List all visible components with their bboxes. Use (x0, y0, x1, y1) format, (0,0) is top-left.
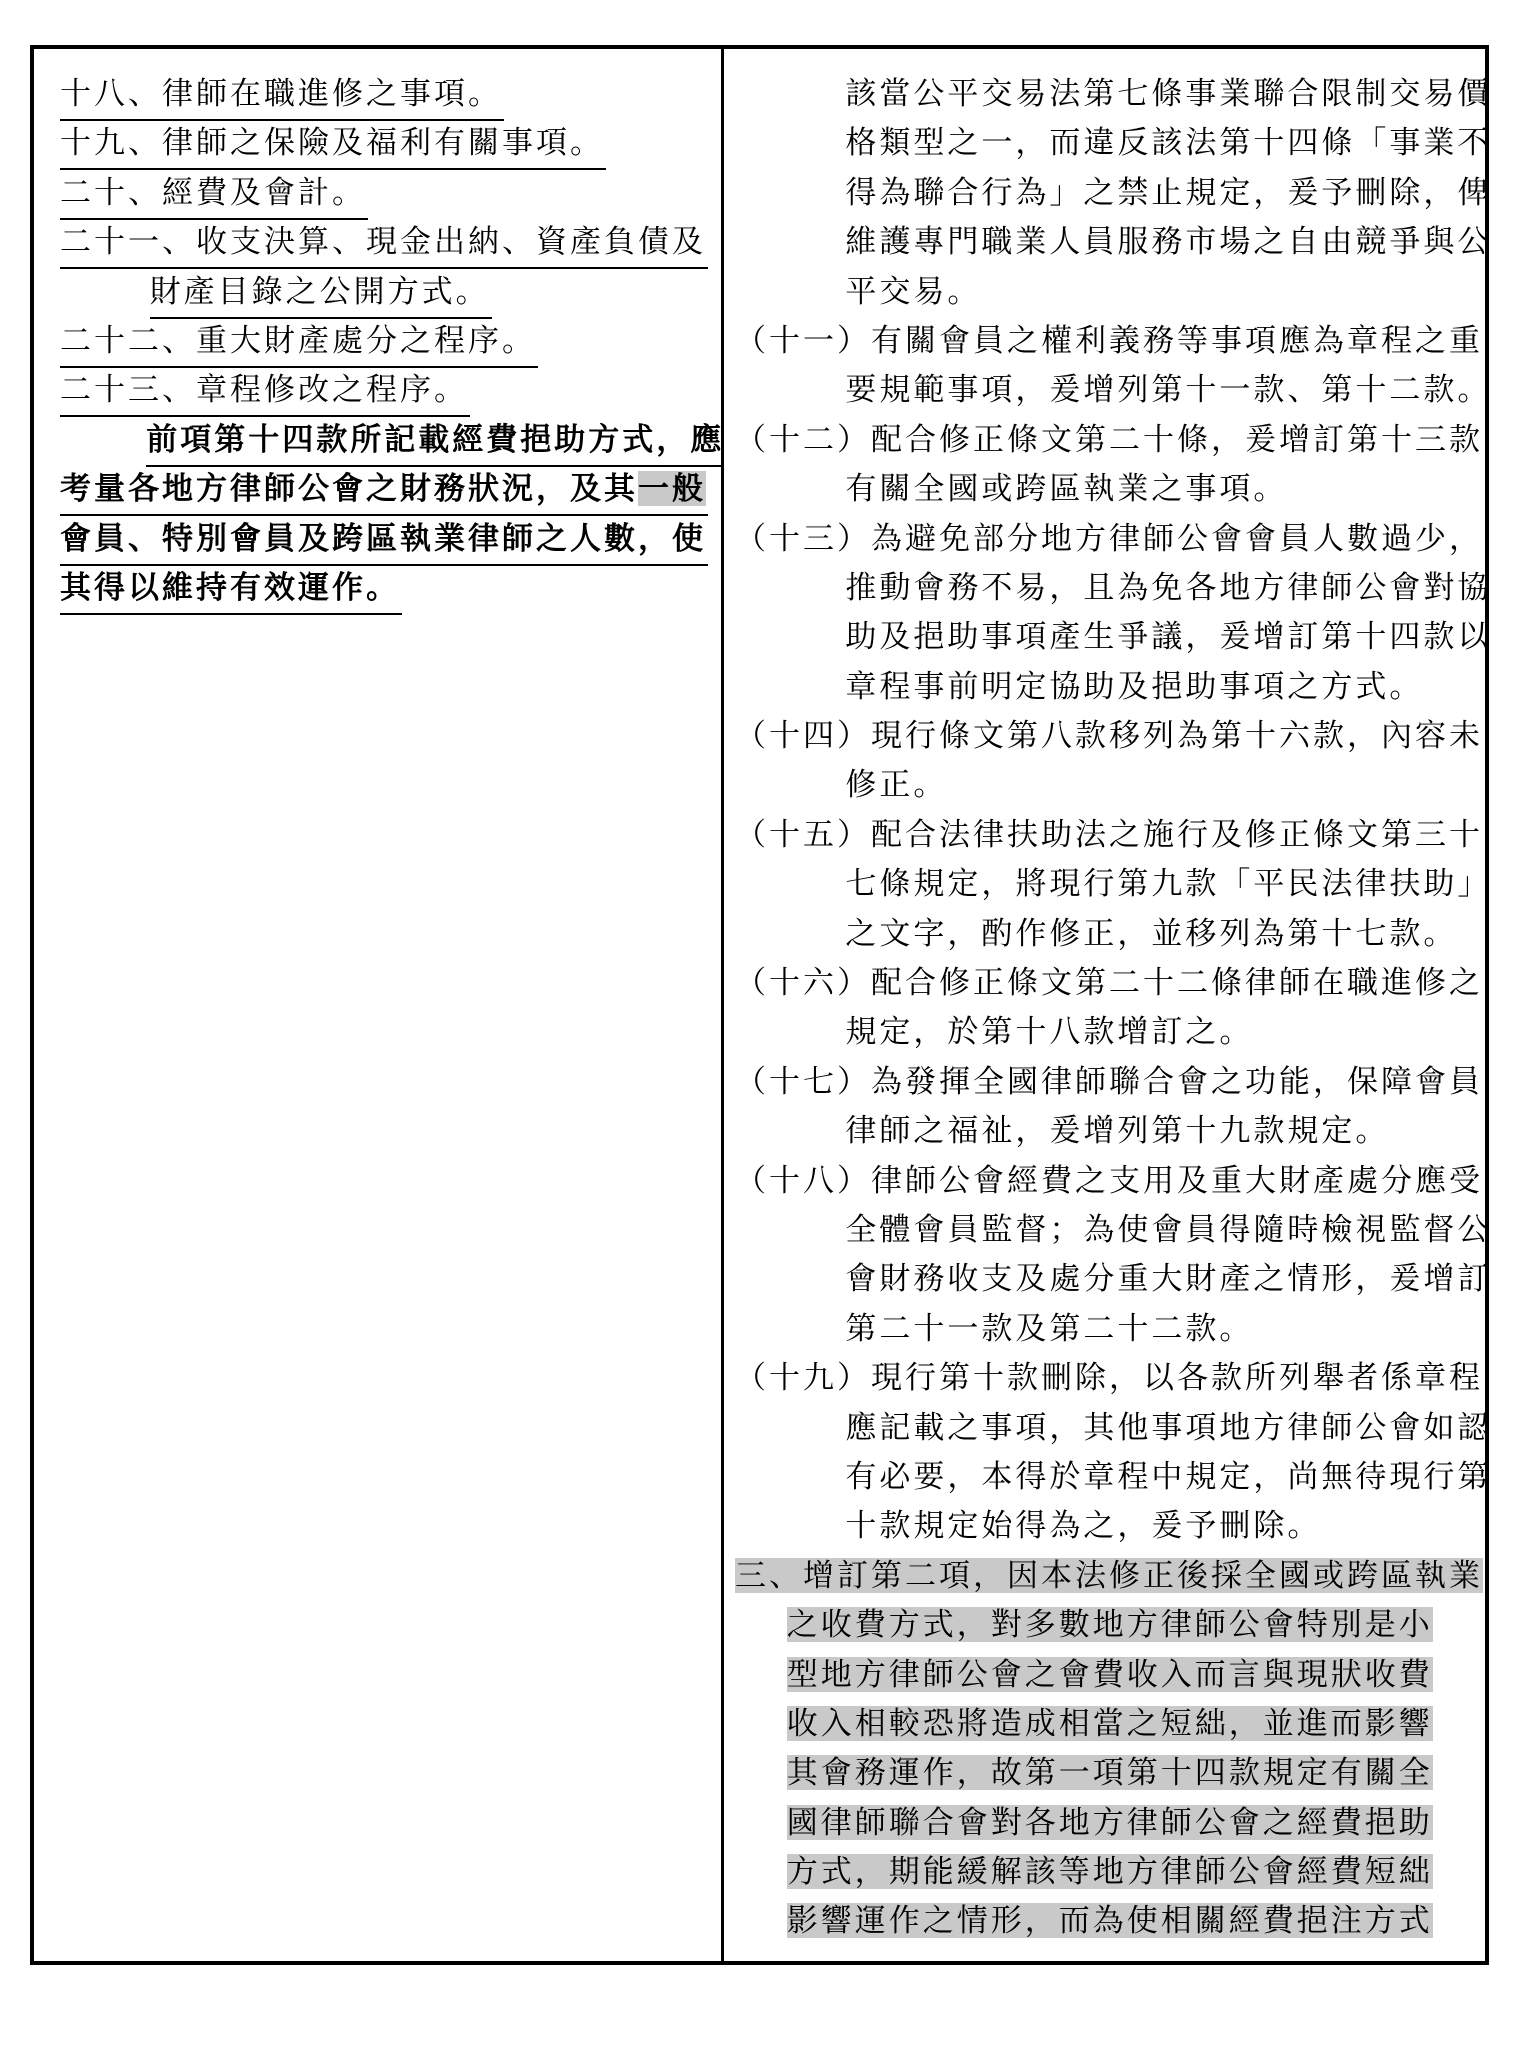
text-line: 十款規定始得為之，爰予刪除。 (845, 1505, 1485, 1554)
plain-text: （十八）律師公會經費之支用及重大財產處分應受 (735, 1163, 1483, 1198)
text-run: 之文字，酌作修正，並移列為第十七款。 (845, 913, 1459, 959)
text-line: 二十一、收支決算、現金出納、資產負債及 (60, 221, 721, 270)
text-line: 收入相較恐將造成相當之短絀，並進而影響 (787, 1703, 1485, 1752)
text-run: 修正。 (845, 764, 949, 810)
text-line: 律師之福祉，爰增列第十九款規定。 (845, 1110, 1485, 1159)
text-line: 前項第十四款所記載經費挹助方式，應 (146, 419, 721, 468)
highlighted-text: 影響運作之情形，而為使相關經費挹注方式 (787, 1903, 1433, 1938)
plain-text: 推動會務不易，且為免各地方律師公會對協 (845, 570, 1485, 605)
plain-text: 得為聯合行為」之禁止規定，爰予刪除，俾 (845, 175, 1485, 210)
text-line: （十三）為避免部分地方律師公會會員人數過少， (735, 518, 1485, 567)
text-line: 三、增訂第二項，因本法修正後採全國或跨區執業 (735, 1555, 1485, 1604)
text-line: 推動會務不易，且為免各地方律師公會對協 (845, 567, 1485, 616)
text-line: 考量各地方律師公會之財務狀況，及其一般 (60, 468, 721, 517)
text-run: 考量各地方律師公會之財務狀況，及其一般 (60, 468, 708, 516)
plain-text: 有必要，本得於章程中規定，尚無待現行第 (845, 1459, 1485, 1494)
text-line: 二十、經費及會計。 (60, 172, 721, 221)
text-run: 助及挹助事項產生爭議，爰增訂第十四款以 (845, 616, 1485, 662)
text-line: 會員、特別會員及跨區執業律師之人數，使 (60, 518, 721, 567)
text-line: 章程事前明定協助及挹助事項之方式。 (845, 666, 1485, 715)
text-run: 影響運作之情形，而為使相關經費挹注方式 (787, 1900, 1435, 1946)
text-line: 修正。 (845, 764, 1485, 813)
text-run: 十九、律師之保險及福利有關事項。 (60, 122, 606, 170)
text-run: 二十、經費及會計。 (60, 172, 368, 220)
plain-text: 二十、經費及會計。 (60, 175, 366, 210)
text-run: （十九）現行第十款刪除，以各款所列舉者係章程 (735, 1357, 1485, 1403)
plain-text: 十款規定始得為之，爰予刪除。 (845, 1508, 1321, 1543)
text-line: （十八）律師公會經費之支用及重大財產處分應受 (735, 1160, 1485, 1209)
text-line: 其會務運作，故第一項第十四款規定有關全 (787, 1752, 1485, 1801)
plain-text: 會員、特別會員及跨區執業律師之人數，使 (60, 521, 706, 556)
highlighted-text: 其會務運作，故第一項第十四款規定有關全 (787, 1755, 1433, 1790)
plain-text: （十三）為避免部分地方律師公會會員人數過少， (735, 521, 1483, 556)
plain-text: 十八、律師在職進修之事項。 (60, 76, 502, 111)
text-line: 二十三、章程修改之程序。 (60, 369, 721, 418)
text-run: 格類型之一，而違反該法第十四條「事業不 (845, 122, 1485, 168)
text-line: 財產目錄之公開方式。 (150, 271, 721, 320)
text-run: 應記載之事項，其他事項地方律師公會如認 (845, 1407, 1485, 1453)
text-line: 影響運作之情形，而為使相關經費挹注方式 (787, 1900, 1485, 1949)
plain-text: （十四）現行條文第八款移列為第十六款，內容未 (735, 718, 1483, 753)
plain-text: 全體會員監督；為使會員得隨時檢視監督公 (845, 1212, 1485, 1247)
text-run: 方式，期能緩解該等地方律師公會經費短絀 (787, 1851, 1435, 1897)
text-run: 七條規定，將現行第九款「平民法律扶助」 (845, 863, 1485, 909)
plain-text: 會財務收支及處分重大財產之情形，爰增訂 (845, 1261, 1485, 1296)
text-line: 第二十一款及第二十二款。 (845, 1308, 1485, 1357)
text-line: 其得以維持有效運作。 (60, 567, 721, 616)
text-run: 二十一、收支決算、現金出納、資產負債及 (60, 221, 708, 269)
text-line: 全體會員監督；為使會員得隨時檢視監督公 (845, 1209, 1485, 1258)
text-line: 七條規定，將現行第九款「平民法律扶助」 (845, 863, 1485, 912)
text-line: 國律師聯合會對各地方律師公會之經費挹助 (787, 1802, 1485, 1851)
text-line: 十八、律師在職進修之事項。 (60, 73, 721, 122)
text-run: 會員、特別會員及跨區執業律師之人數，使 (60, 518, 708, 566)
plain-text: 二十三、章程修改之程序。 (60, 372, 468, 407)
text-line: 應記載之事項，其他事項地方律師公會如認 (845, 1407, 1485, 1456)
text-line: （十六）配合修正條文第二十二條律師在職進修之 (735, 962, 1485, 1011)
text-line: 有必要，本得於章程中規定，尚無待現行第 (845, 1456, 1485, 1505)
text-line: （十七）為發揮全國律師聯合會之功能，保障會員 (735, 1061, 1485, 1110)
plain-text: 二十一、收支決算、現金出納、資產負債及 (60, 224, 706, 259)
highlighted-text: 方式，期能緩解該等地方律師公會經費短絀 (787, 1854, 1433, 1889)
text-line: （十五）配合法律扶助法之施行及修正條文第三十 (735, 814, 1485, 863)
plain-text: 助及挹助事項產生爭議，爰增訂第十四款以 (845, 619, 1485, 654)
text-run: 國律師聯合會對各地方律師公會之經費挹助 (787, 1802, 1435, 1848)
plain-text: 第二十一款及第二十二款。 (845, 1311, 1253, 1346)
text-run: 規定，於第十八款增訂之。 (845, 1011, 1255, 1057)
text-line: （十四）現行條文第八款移列為第十六款，內容未 (735, 715, 1485, 764)
text-run: （十七）為發揮全國律師聯合會之功能，保障會員 (735, 1061, 1485, 1107)
text-run: 十款規定始得為之，爰予刪除。 (845, 1505, 1323, 1551)
text-run: 章程事前明定協助及挹助事項之方式。 (845, 666, 1425, 712)
plain-text: （十五）配合法律扶助法之施行及修正條文第三十 (735, 817, 1483, 852)
text-run: 第二十一款及第二十二款。 (845, 1308, 1255, 1354)
text-run: 要規範事項，爰增列第十一款、第十二款。 (845, 369, 1485, 415)
plain-text: 之文字，酌作修正，並移列為第十七款。 (845, 916, 1457, 951)
plain-text: 應記載之事項，其他事項地方律師公會如認 (845, 1410, 1485, 1445)
plain-text: 其得以維持有效運作。 (60, 570, 400, 605)
plain-text: 律師之福祉，爰增列第十九款規定。 (845, 1113, 1389, 1148)
text-line: 之收費方式，對多數地方律師公會特別是小 (787, 1604, 1485, 1653)
plain-text: 格類型之一，而違反該法第十四條「事業不 (845, 125, 1485, 160)
plain-text: 二十二、重大財產處分之程序。 (60, 323, 536, 358)
text-run: 之收費方式，對多數地方律師公會特別是小 (787, 1604, 1435, 1650)
text-line: 有關全國或跨區執業之事項。 (845, 468, 1485, 517)
text-line: （十九）現行第十款刪除，以各款所列舉者係章程 (735, 1357, 1485, 1406)
text-run: 平交易。 (845, 271, 983, 317)
text-run: 三、增訂第二項，因本法修正後採全國或跨區執業 (735, 1555, 1485, 1601)
text-run: （十六）配合修正條文第二十二條律師在職進修之 (735, 962, 1485, 1008)
text-line: 平交易。 (845, 271, 1485, 320)
text-line: （十一）有關會員之權利義務等事項應為章程之重 (735, 320, 1485, 369)
text-run: 收入相較恐將造成相當之短絀，並進而影響 (787, 1703, 1435, 1749)
text-line: 方式，期能緩解該等地方律師公會經費短絀 (787, 1851, 1485, 1900)
plain-text: （十六）配合修正條文第二十二條律師在職進修之 (735, 965, 1483, 1000)
text-line: 型地方律師公會之會費收入而言與現狀收費 (787, 1654, 1485, 1703)
text-run: 十八、律師在職進修之事項。 (60, 73, 504, 121)
plain-text: 前項第十四款所記載經費挹助方式，應 (146, 422, 724, 457)
text-line: 要規範事項，爰增列第十一款、第十二款。 (845, 369, 1485, 418)
highlighted-text: 之收費方式，對多數地方律師公會特別是小 (787, 1607, 1433, 1642)
text-line: 會財務收支及處分重大財產之情形，爰增訂 (845, 1258, 1485, 1307)
plain-text: 平交易。 (845, 274, 981, 309)
text-run: （十二）配合修正條文第二十條，爰增訂第十三款 (735, 419, 1485, 465)
text-line: 助及挹助事項產生爭議，爰增訂第十四款以 (845, 616, 1485, 665)
text-run: （十四）現行條文第八款移列為第十六款，內容未 (735, 715, 1485, 761)
text-run: （十五）配合法律扶助法之施行及修正條文第三十 (735, 814, 1485, 860)
left-column-provision-text: 十八、律師在職進修之事項。十九、律師之保險及福利有關事項。二十、經費及會計。二十… (34, 49, 724, 1961)
plain-text: 考量各地方律師公會之財務狀況，及其 (60, 471, 638, 506)
plain-text: （十九）現行第十款刪除，以各款所列舉者係章程 (735, 1360, 1483, 1395)
highlighted-text: 三、增訂第二項，因本法修正後採全國或跨區執業 (735, 1558, 1483, 1593)
text-run: （十三）為避免部分地方律師公會會員人數過少， (735, 518, 1485, 564)
highlighted-text: 型地方律師公會之會費收入而言與現狀收費 (787, 1657, 1433, 1692)
text-run: 二十二、重大財產處分之程序。 (60, 320, 538, 368)
text-run: 其得以維持有效運作。 (60, 567, 402, 615)
text-line: 規定，於第十八款增訂之。 (845, 1011, 1485, 1060)
text-run: 維護專門職業人員服務市場之自由競爭與公 (845, 221, 1485, 267)
plain-text: 有關全國或跨區執業之事項。 (845, 471, 1287, 506)
text-run: 其會務運作，故第一項第十四款規定有關全 (787, 1752, 1435, 1798)
plain-text: 十九、律師之保險及福利有關事項。 (60, 125, 604, 160)
text-line: 格類型之一，而違反該法第十四條「事業不 (845, 122, 1485, 171)
text-line: 之文字，酌作修正，並移列為第十七款。 (845, 913, 1485, 962)
plain-text: （十二）配合修正條文第二十條，爰增訂第十三款 (735, 422, 1483, 457)
text-run: 會財務收支及處分重大財產之情形，爰增訂 (845, 1258, 1485, 1304)
text-line: （十二）配合修正條文第二十條，爰增訂第十三款 (735, 419, 1485, 468)
text-run: 全體會員監督；為使會員得隨時檢視監督公 (845, 1209, 1485, 1255)
right-column-explanation-text: 該當公平交易法第七條事業聯合限制交易價格類型之一，而違反該法第十四條「事業不得為… (724, 49, 1485, 1961)
plain-text: 章程事前明定協助及挹助事項之方式。 (845, 669, 1423, 704)
document-page: 十八、律師在職進修之事項。十九、律師之保險及福利有關事項。二十、經費及會計。二十… (0, 0, 1519, 2053)
plain-text: 修正。 (845, 767, 947, 802)
highlighted-text: 收入相較恐將造成相當之短絀，並進而影響 (787, 1706, 1433, 1741)
plain-text: 維護專門職業人員服務市場之自由競爭與公 (845, 224, 1485, 259)
plain-text: （十一）有關會員之權利義務等事項應為章程之重 (735, 323, 1483, 358)
comparison-table: 十八、律師在職進修之事項。十九、律師之保險及福利有關事項。二十、經費及會計。二十… (30, 45, 1489, 1965)
highlighted-text: 一般 (638, 471, 706, 506)
text-run: 財產目錄之公開方式。 (150, 271, 492, 319)
plain-text: 該當公平交易法第七條事業聯合限制交易價 (845, 76, 1485, 111)
text-run: 推動會務不易，且為免各地方律師公會對協 (845, 567, 1485, 613)
plain-text: 要規範事項，爰增列第十一款、第十二款。 (845, 372, 1485, 407)
text-run: 得為聯合行為」之禁止規定，爰予刪除，俾 (845, 172, 1485, 218)
text-line: 十九、律師之保險及福利有關事項。 (60, 122, 721, 171)
text-run: 二十三、章程修改之程序。 (60, 369, 470, 417)
text-line: 維護專門職業人員服務市場之自由競爭與公 (845, 221, 1485, 270)
text-run: 律師之福祉，爰增列第十九款規定。 (845, 1110, 1391, 1156)
plain-text: 七條規定，將現行第九款「平民法律扶助」 (845, 866, 1485, 901)
highlighted-text: 國律師聯合會對各地方律師公會之經費挹助 (787, 1805, 1433, 1840)
text-line: 二十二、重大財產處分之程序。 (60, 320, 721, 369)
text-run: 有關全國或跨區執業之事項。 (845, 468, 1289, 514)
text-run: 前項第十四款所記載經費挹助方式，應 (146, 419, 724, 467)
text-line: 該當公平交易法第七條事業聯合限制交易價 (845, 73, 1485, 122)
text-run: 有必要，本得於章程中規定，尚無待現行第 (845, 1456, 1485, 1502)
plain-text: 財產目錄之公開方式。 (150, 274, 490, 309)
text-line: 得為聯合行為」之禁止規定，爰予刪除，俾 (845, 172, 1485, 221)
text-run: （十八）律師公會經費之支用及重大財產處分應受 (735, 1160, 1485, 1206)
plain-text: （十七）為發揮全國律師聯合會之功能，保障會員 (735, 1064, 1483, 1099)
text-run: 該當公平交易法第七條事業聯合限制交易價 (845, 73, 1485, 119)
plain-text: 規定，於第十八款增訂之。 (845, 1014, 1253, 1049)
text-run: （十一）有關會員之權利義務等事項應為章程之重 (735, 320, 1485, 366)
text-run: 型地方律師公會之會費收入而言與現狀收費 (787, 1654, 1435, 1700)
